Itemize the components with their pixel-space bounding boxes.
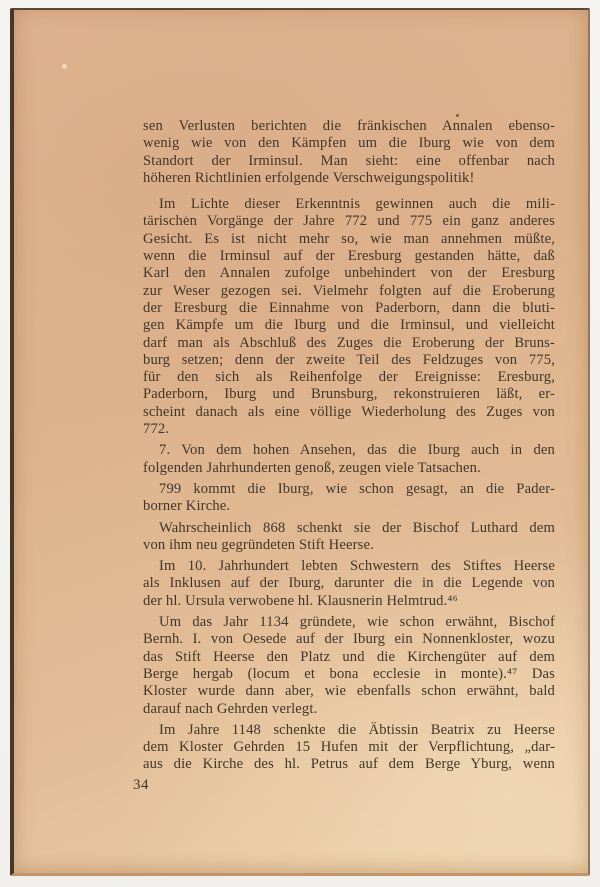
text-line: 799 kommt die Iburg, wie schon gesagt, a…: [143, 481, 555, 498]
paragraph-1148: Im Jahre 1148 schenkte die Äbtissin Beat…: [143, 722, 555, 774]
paragraph-ansehen: 7. Von dem hohen Ansehen, das die Iburg …: [143, 442, 555, 477]
text-line: darauf nach Gehrden verlegt.: [143, 701, 555, 718]
paragraph-continuation: sen Verlusten berichten die fränkischen …: [143, 118, 555, 187]
paper-speck: [456, 114, 459, 117]
text-line: Im 10. Jahrhundert lebten Schwestern des…: [143, 558, 555, 575]
text-line: als Inklusen auf der Iburg, darunter die…: [143, 575, 555, 592]
text-line: wenn die Irminsul auf der Eresburg gesta…: [143, 248, 555, 265]
text-line: gen Kämpfe um die Iburg und die Irminsul…: [143, 317, 555, 334]
text-line: 772.: [143, 421, 555, 438]
text-line: wenig wie von den Kämpfen um die Iburg w…: [143, 135, 555, 152]
page-number: 34: [133, 777, 149, 794]
text-line: Im Jahre 1148 schenkte die Äbtissin Beat…: [143, 722, 555, 739]
book-page: sen Verlusten berichten die fränkischen …: [10, 8, 590, 876]
text-line: burg setzen; denn der zweite Teil des Fe…: [143, 352, 555, 369]
text-line: Paderborn, Iburg und Brunsburg, rekonstr…: [143, 386, 555, 403]
text-line: Wahrscheinlich 868 schenkt sie der Bisch…: [143, 520, 555, 537]
paper-speck: [62, 64, 67, 69]
text-line: Im Lichte dieser Erkenntnis gewinnen auc…: [143, 196, 555, 213]
paragraph-im-lichte: Im Lichte dieser Erkenntnis gewinnen auc…: [143, 196, 555, 438]
text-line: dem Kloster Gehrden 15 Hufen mit der Ver…: [143, 739, 555, 756]
text-line: Standort der Irminsul. Man sieht: eine o…: [143, 153, 555, 170]
text-line: Um das Jahr 1134 gründete, wie schon erw…: [143, 614, 555, 631]
text-line: folgenden Jahrhunderten genoß, zeugen vi…: [143, 460, 555, 477]
text-line: tärischen Vorgänge der Jahre 772 und 775…: [143, 213, 555, 230]
paragraph-868: Wahrscheinlich 868 schenkt sie der Bisch…: [143, 520, 555, 555]
text-line: von ihm neu gegründeten Stift Heerse.: [143, 537, 555, 554]
text-line: das Stift Heerse den Platz und die Kirch…: [143, 649, 555, 666]
paragraph-799: 799 kommt die Iburg, wie schon gesagt, a…: [143, 481, 555, 516]
text-line: 7. Von dem hohen Ansehen, das die Iburg …: [143, 442, 555, 459]
text-line: scheint danach als eine völlige Wiederho…: [143, 404, 555, 421]
text-line: höheren Richtlinien erfolgende Verschwei…: [143, 170, 555, 187]
text-line: für den sich als Reihenfolge der Ereigni…: [143, 369, 555, 386]
text-line: der hl. Ursula verwobene hl. Klausnerin …: [143, 593, 555, 610]
text-line: zur Weser gezogen sei. Vielmehr folgten …: [143, 283, 555, 300]
text-block: sen Verlusten berichten die fränkischen …: [143, 118, 555, 774]
text-line: der Eresburg die Einnahme von Paderborn,…: [143, 300, 555, 317]
text-line: Kloster wurde dann aber, wie ebenfalls s…: [143, 683, 555, 700]
text-line: aus die Kirche des hl. Petrus auf dem Be…: [143, 756, 555, 773]
text-line: borner Kirche.: [143, 498, 555, 515]
text-line: darf man als Abschluß des Zuges die Erob…: [143, 335, 555, 352]
paragraph-10-jahrhundert: Im 10. Jahrhundert lebten Schwestern des…: [143, 558, 555, 610]
text-line: sen Verlusten berichten die fränkischen …: [143, 118, 555, 135]
text-line: Gesicht. Es ist nicht mehr so, wie man a…: [143, 231, 555, 248]
text-line: Bernh. I. von Oesede auf der Iburg ein N…: [143, 631, 555, 648]
text-line: Berge hergab (locum et bona ecclesie in …: [143, 666, 555, 683]
paragraph-1134: Um das Jahr 1134 gründete, wie schon erw…: [143, 614, 555, 718]
text-line: Karl den Annalen zufolge unbehindert von…: [143, 265, 555, 282]
